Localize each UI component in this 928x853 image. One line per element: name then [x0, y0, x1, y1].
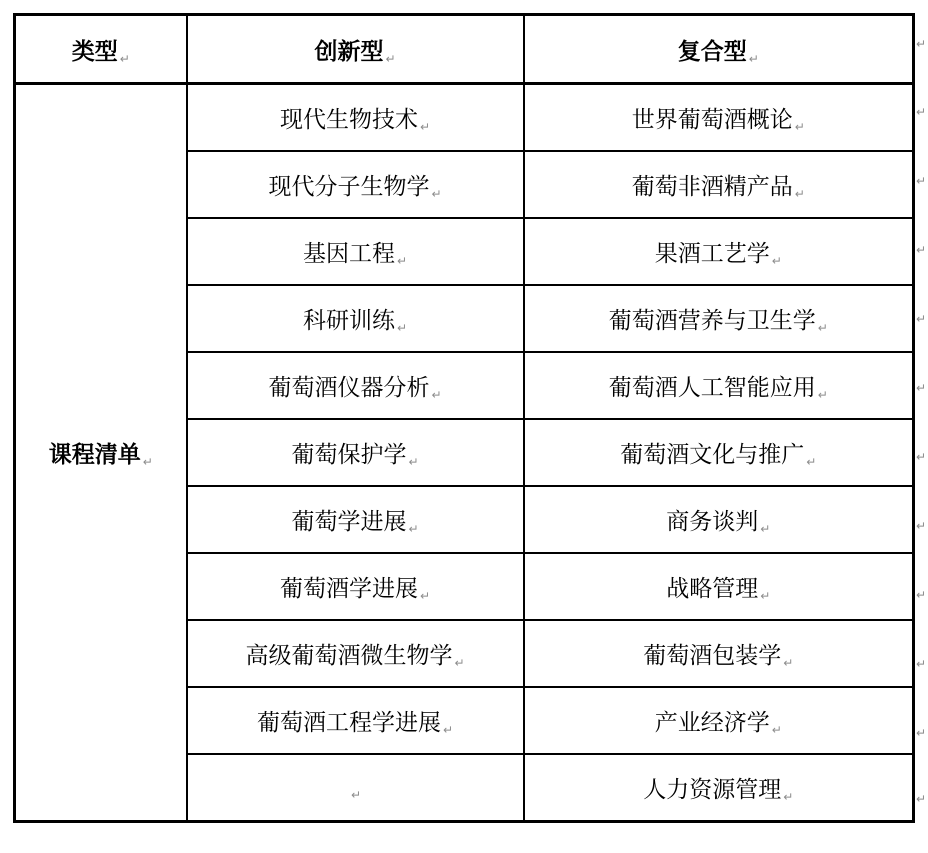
- paragraph-mark-icon: ↵: [431, 187, 441, 201]
- course-cell-innovative: 葡萄学进展↵: [187, 486, 524, 553]
- paragraph-mark-icon: ↵: [408, 522, 418, 536]
- course-name: 商务谈判: [666, 509, 758, 534]
- course-name: 葡萄非酒精产品: [632, 174, 793, 199]
- course-cell-composite: 葡萄酒营养与卫生学↵: [524, 285, 914, 352]
- end-of-row-mark-icon: ↵: [916, 313, 926, 325]
- paragraph-mark-icon: ↵: [806, 455, 816, 469]
- course-name: 葡萄酒工程学进展: [257, 710, 441, 735]
- paragraph-mark-icon: ↵: [143, 455, 153, 469]
- row-group-label: 课程清单: [49, 442, 141, 467]
- paragraph-mark-icon: ↵: [772, 254, 782, 268]
- paragraph-mark-icon: ↵: [351, 788, 361, 802]
- end-of-row-mark-icon: ↵: [916, 451, 926, 463]
- paragraph-mark-icon: ↵: [772, 723, 782, 737]
- course-cell-innovative: 科研训练↵: [187, 285, 524, 352]
- course-cell-composite: 葡萄酒人工智能应用↵: [524, 352, 914, 419]
- paragraph-mark-icon: ↵: [760, 522, 770, 536]
- course-name: 葡萄酒仪器分析: [268, 375, 429, 400]
- paragraph-mark-icon: ↵: [454, 656, 464, 670]
- end-of-row-mark-icon: ↵: [916, 727, 926, 739]
- course-cell-innovative: 基因工程↵: [187, 218, 524, 285]
- course-cell-composite: 产业经济学↵: [524, 687, 914, 754]
- course-name: 葡萄酒人工智能应用: [609, 375, 816, 400]
- paragraph-mark-icon: ↵: [397, 254, 407, 268]
- course-name: 葡萄保护学: [291, 442, 406, 467]
- course-cell-composite: 战略管理↵: [524, 553, 914, 620]
- course-name: 战略管理: [666, 576, 758, 601]
- course-name: 葡萄酒学进展: [280, 576, 418, 601]
- paragraph-mark-icon: ↵: [385, 52, 395, 66]
- course-cell-composite: 葡萄酒文化与推广↵: [524, 419, 914, 486]
- course-name: 葡萄酒包装学: [643, 643, 781, 668]
- course-name: 世界葡萄酒概论: [632, 107, 793, 132]
- end-of-row-mark-icon: ↵: [916, 793, 926, 805]
- header-cell-type: 类型↵: [15, 15, 187, 84]
- row-group-cell: 课程清单↵: [15, 84, 187, 822]
- header-cell-composite: 复合型↵: [524, 15, 914, 84]
- paragraph-mark-icon: ↵: [818, 321, 828, 335]
- table-row: 课程清单↵ 现代生物技术↵ 世界葡萄酒概论↵: [15, 84, 914, 152]
- course-cell-innovative: 葡萄酒工程学进展↵: [187, 687, 524, 754]
- course-name: 现代生物技术: [280, 107, 418, 132]
- course-name: 高级葡萄酒微生物学: [245, 643, 452, 668]
- course-cell-innovative: 高级葡萄酒微生物学↵: [187, 620, 524, 687]
- course-cell-composite: 果酒工艺学↵: [524, 218, 914, 285]
- document-page: 类型↵ 创新型↵ 复合型↵ 课程清单↵ 现代生物技术↵ 世界葡萄酒概论↵ 现代分…: [0, 0, 928, 853]
- header-innovative-label: 创新型: [314, 39, 383, 64]
- course-cell-innovative: 葡萄保护学↵: [187, 419, 524, 486]
- table-header-row: 类型↵ 创新型↵ 复合型↵: [15, 15, 914, 84]
- paragraph-mark-icon: ↵: [783, 656, 793, 670]
- paragraph-mark-icon: ↵: [443, 723, 453, 737]
- paragraph-mark-icon: ↵: [749, 52, 759, 66]
- course-name: 基因工程: [303, 241, 395, 266]
- header-type-label: 类型: [72, 39, 118, 64]
- header-cell-innovative: 创新型↵: [187, 15, 524, 84]
- header-composite-label: 复合型: [678, 39, 747, 64]
- course-cell-innovative: 现代分子生物学↵: [187, 151, 524, 218]
- paragraph-mark-icon: ↵: [795, 120, 805, 134]
- end-of-row-mark-icon: ↵: [916, 382, 926, 394]
- course-cell-composite: 人力资源管理↵: [524, 754, 914, 822]
- course-cell-innovative: 葡萄酒学进展↵: [187, 553, 524, 620]
- course-table: 类型↵ 创新型↵ 复合型↵ 课程清单↵ 现代生物技术↵ 世界葡萄酒概论↵ 现代分…: [13, 13, 915, 823]
- course-cell-composite: 葡萄非酒精产品↵: [524, 151, 914, 218]
- paragraph-mark-icon: ↵: [420, 589, 430, 603]
- paragraph-mark-icon: ↵: [408, 455, 418, 469]
- paragraph-mark-icon: ↵: [818, 388, 828, 402]
- course-cell-innovative-empty: ↵: [187, 754, 524, 822]
- paragraph-mark-icon: ↵: [420, 120, 430, 134]
- course-cell-innovative: 现代生物技术↵: [187, 84, 524, 152]
- paragraph-mark-icon: ↵: [120, 52, 130, 66]
- course-cell-composite: 世界葡萄酒概论↵: [524, 84, 914, 152]
- end-of-row-mark-icon: ↵: [916, 520, 926, 532]
- paragraph-mark-icon: ↵: [431, 388, 441, 402]
- course-name: 现代分子生物学: [268, 174, 429, 199]
- paragraph-mark-icon: ↵: [783, 790, 793, 804]
- end-of-row-mark-icon: ↵: [916, 244, 926, 256]
- course-name: 葡萄酒文化与推广: [620, 442, 804, 467]
- course-name: 葡萄学进展: [291, 509, 406, 534]
- end-of-row-mark-icon: ↵: [916, 38, 926, 50]
- course-name: 果酒工艺学: [655, 241, 770, 266]
- end-of-row-mark-icon: ↵: [916, 589, 926, 601]
- course-name: 科研训练: [303, 308, 395, 333]
- paragraph-mark-icon: ↵: [397, 321, 407, 335]
- course-cell-innovative: 葡萄酒仪器分析↵: [187, 352, 524, 419]
- course-cell-composite: 葡萄酒包装学↵: [524, 620, 914, 687]
- end-of-row-mark-icon: ↵: [916, 658, 926, 670]
- paragraph-mark-icon: ↵: [760, 589, 770, 603]
- paragraph-mark-icon: ↵: [795, 187, 805, 201]
- end-of-row-mark-icon: ↵: [916, 106, 926, 118]
- course-name: 产业经济学: [655, 710, 770, 735]
- course-cell-composite: 商务谈判↵: [524, 486, 914, 553]
- course-name: 葡萄酒营养与卫生学: [609, 308, 816, 333]
- end-of-row-mark-icon: ↵: [916, 175, 926, 187]
- course-name: 人力资源管理: [643, 777, 781, 802]
